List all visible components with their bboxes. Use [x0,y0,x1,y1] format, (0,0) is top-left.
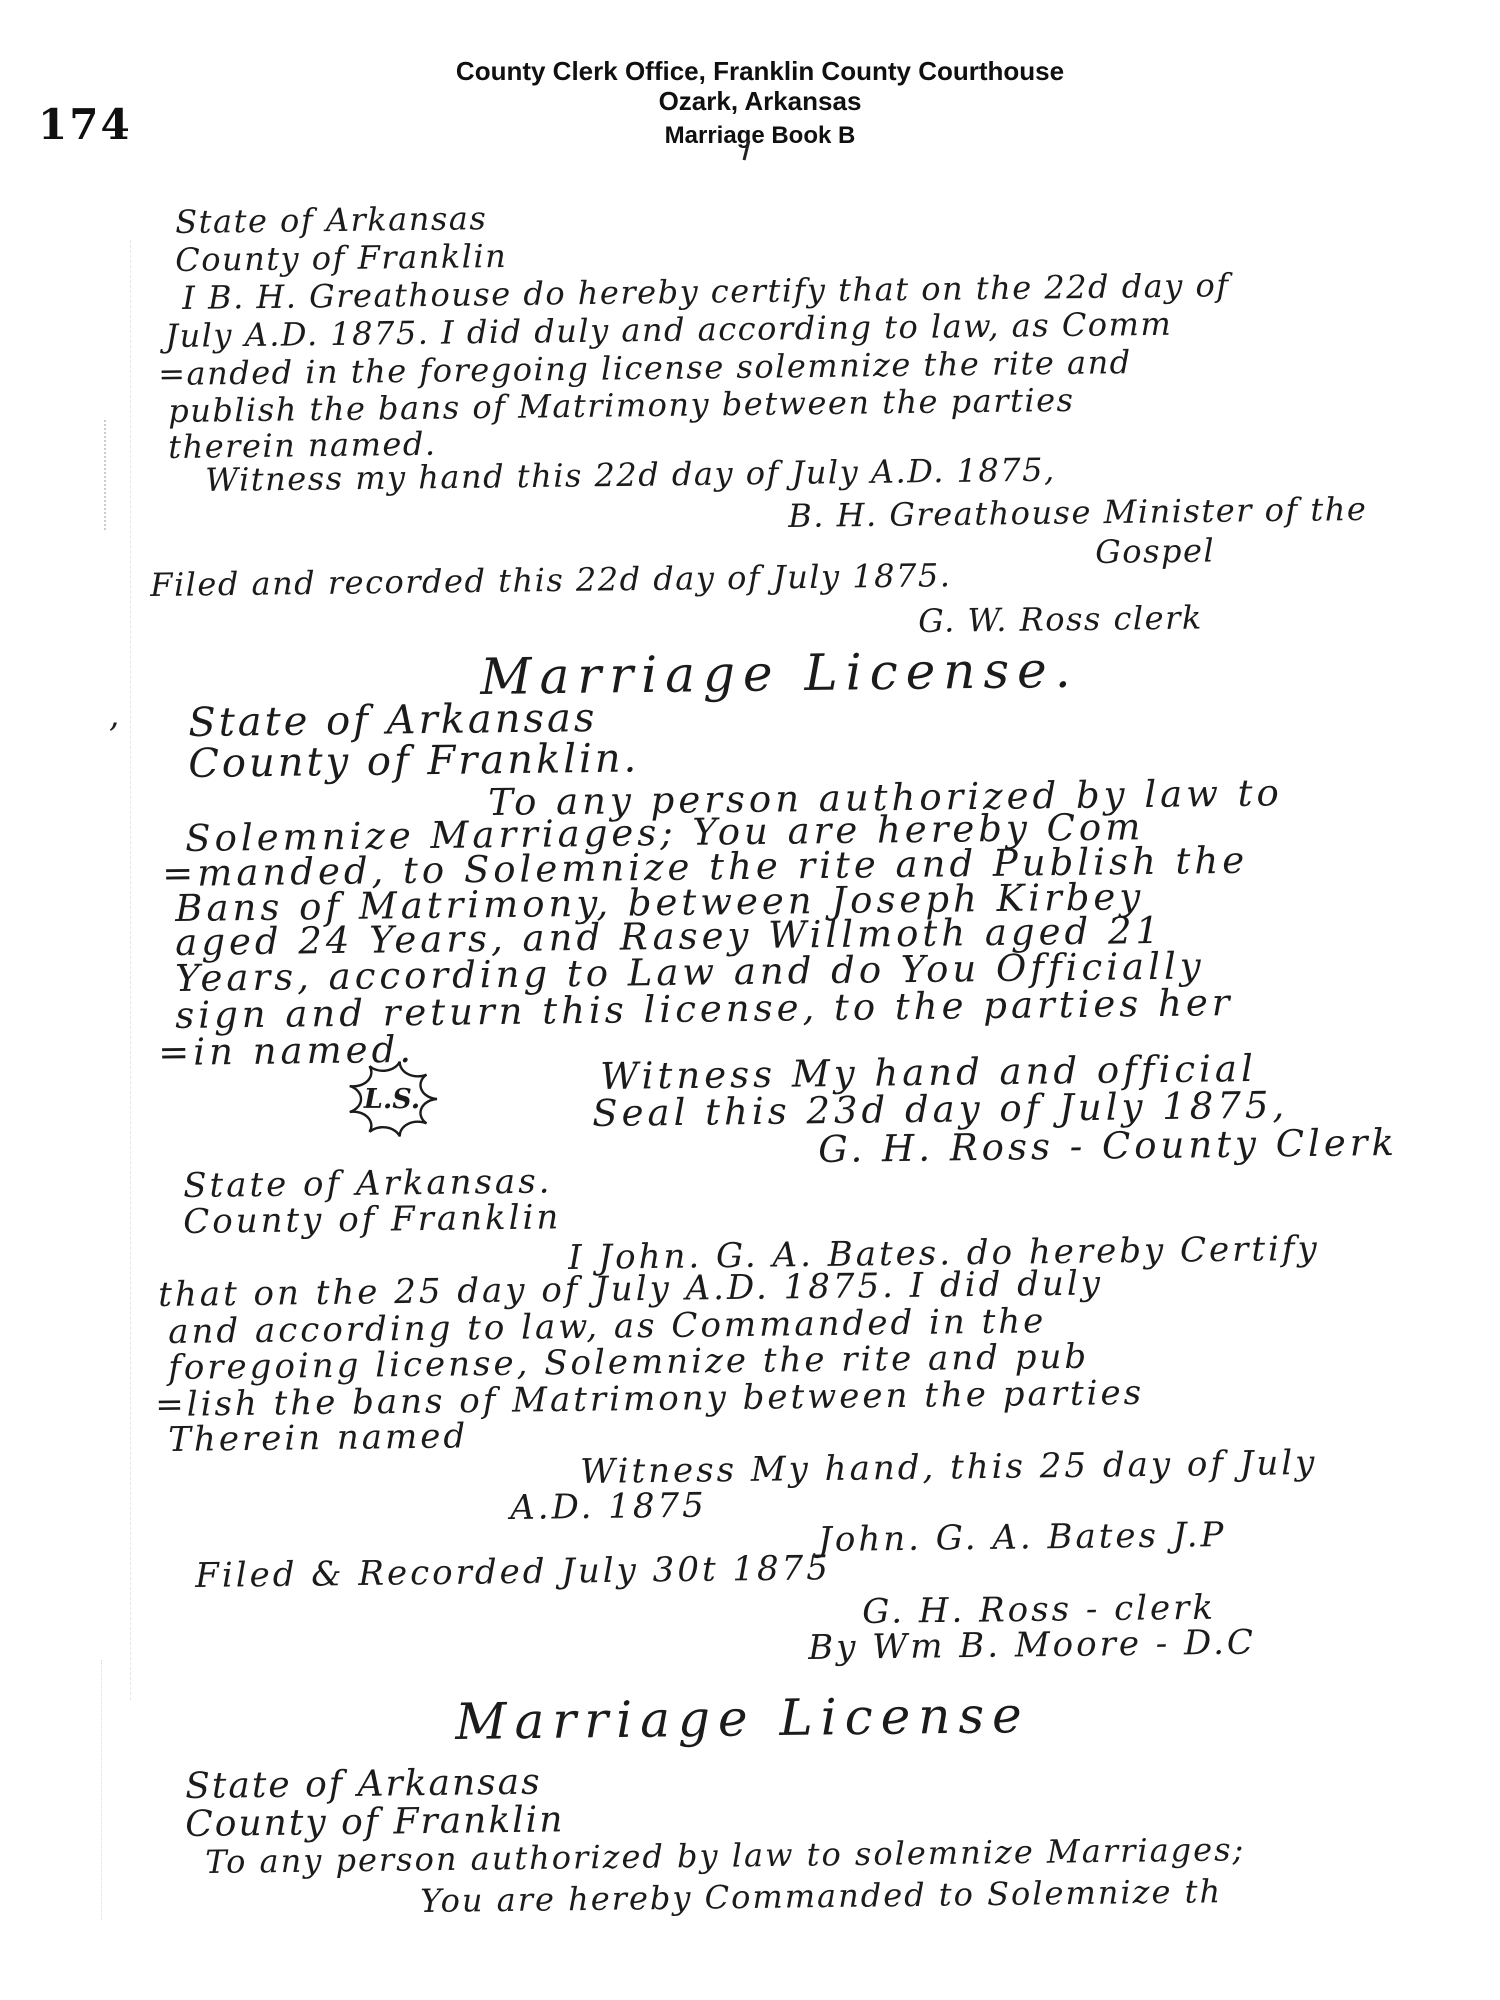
certificate-line: County of Franklin [175,237,507,279]
minister-signature-continued: Gospel [1095,532,1215,571]
certificate-line: Therein named [168,1416,468,1460]
page-number: 174 [38,100,132,149]
filing-note: Filed and recorded this 22d day of July … [150,556,952,604]
printed-header: County Clerk Office, Franklin County Cou… [20,56,1500,150]
notary-seal: L.S. [312,1042,472,1157]
certificate-line: A.D. 1875 [510,1486,707,1528]
scan-edge-artifact [104,420,106,530]
header-book-title: Marriage Book B [20,122,1500,150]
header-office-title: County Clerk Office, Franklin County Cou… [20,56,1500,86]
scan-edge-artifact [130,240,131,1700]
minister-signature: B. H. Greathouse Minister of the [788,490,1367,535]
scanned-marriage-book-page: County Clerk Office, Franklin County Cou… [0,0,1500,2000]
license-line: You are hereby Commanded to Solemnize th [420,1872,1222,1920]
license-heading: Marriage License [455,1686,1030,1751]
stray-pen-mark: ’ [108,716,119,756]
header-location: Ozark, Arkansas [20,86,1500,116]
license-line: County of Franklin [185,1799,565,1845]
clerk-signature: G. W. Ross clerk [918,599,1203,640]
jp-signature: John. G. A. Bates J.P [818,1515,1227,1560]
certificate-line: County of Franklin [183,1197,562,1242]
deputy-clerk-signature: By Wm B. Moore - D.C [808,1623,1256,1668]
certificate-line: State of Arkansas [175,199,487,241]
scan-edge-artifact [101,1660,102,1920]
county-clerk-signature: G. H. Ross - County Clerk [818,1121,1398,1171]
certificate-line: Witness My hand, this 25 day of July [580,1443,1318,1492]
filing-note: Filed & Recorded July 30t 1875 [195,1548,831,1596]
seal-text: L.S. [363,1084,420,1115]
